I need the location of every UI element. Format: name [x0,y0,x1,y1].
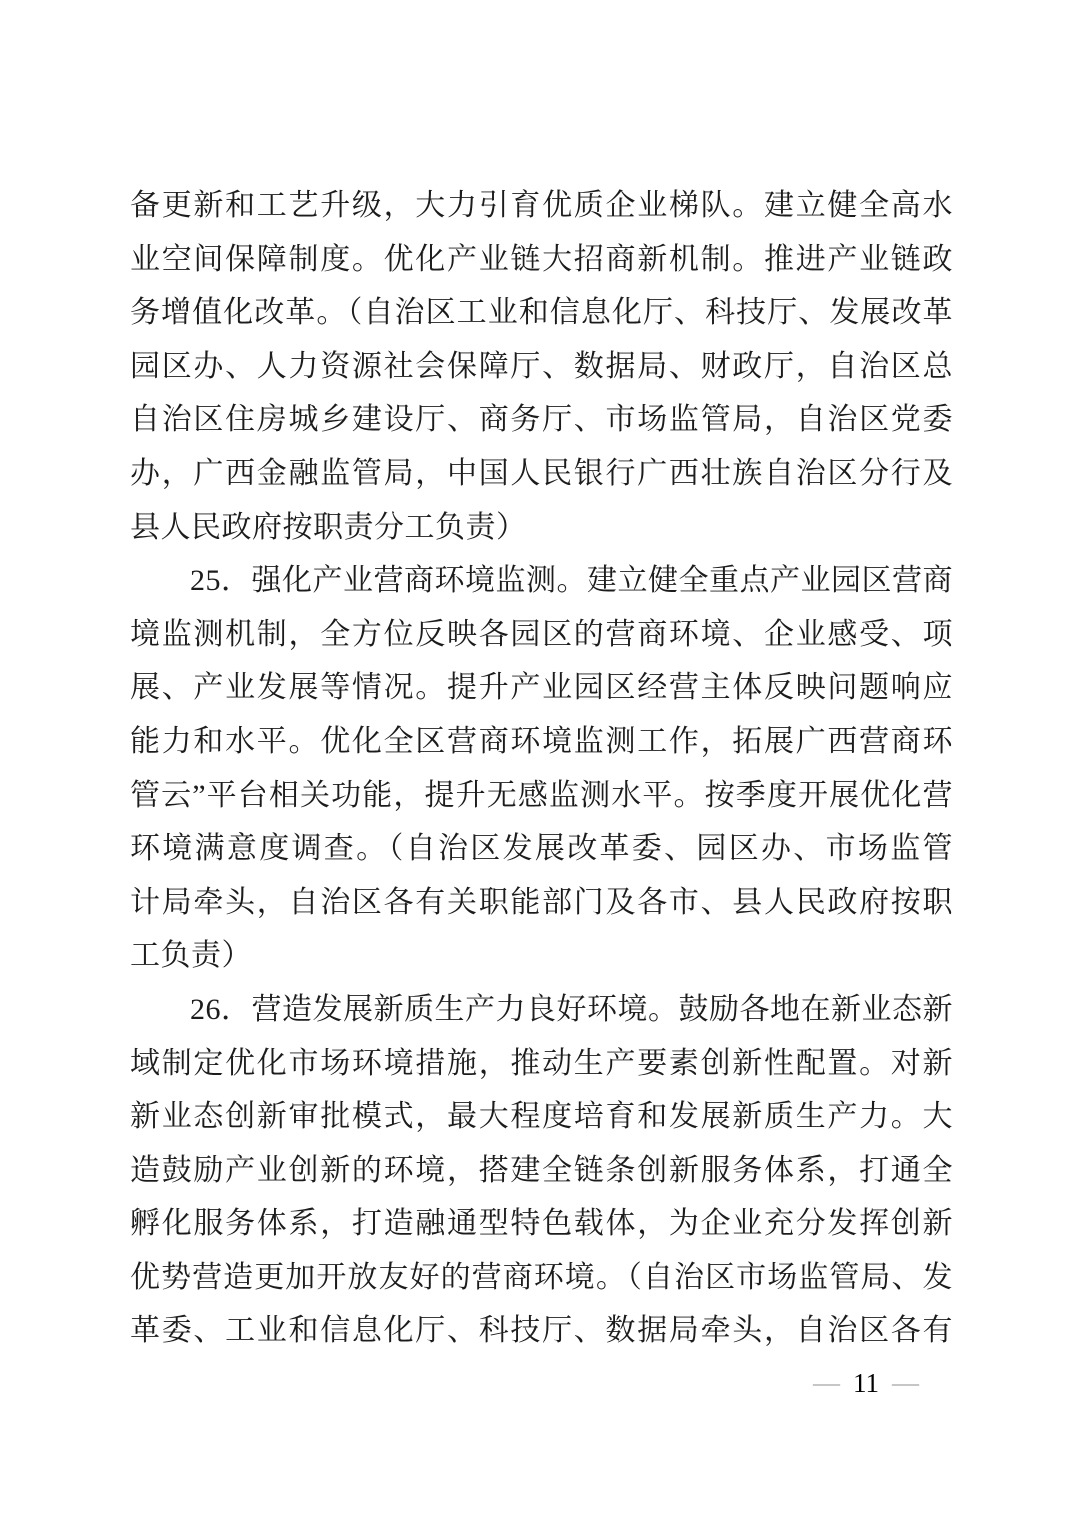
text-line: 革委、工业和信息化厅、科技厅、数据局牵头，自治区各有关职 [130,1304,953,1358]
document-body: 备更新和工艺升级，大力引育优质企业梯队。建立健全高水平产 业空间保障制度。优化产… [130,179,953,1358]
page-footer: — 11 — [813,1368,919,1398]
text-line: 务增值化改革。（自治区工业和信息化厅、科技厅、发展改革委、 [130,286,953,340]
text-line: 备更新和工艺升级，大力引育优质企业梯队。建立健全高水平产 [130,179,953,233]
text-line: 孵化服务体系，打造融通型特色载体，为企业充分发挥创新主体 [130,1197,953,1251]
text-line: 环境满意度调查。（自治区发展改革委、园区办、市场监管局、统 [130,822,953,876]
text-line: 管云”平台相关功能，提升无感监测水平。按季度开展优化营商 [130,769,953,823]
document-page: 备更新和工艺升级，大力引育优质企业梯队。建立健全高水平产 业空间保障制度。优化产… [0,0,1074,1520]
text-line: 境监测机制，全方位反映各园区的营商环境、企业感受、项目进 [130,608,953,662]
text-line: 造鼓励产业创新的环境，搭建全链条创新服务体系，打通全链条 [130,1144,953,1198]
footer-dash-right: — [892,1371,919,1395]
text-line-paragraph-end: 县人民政府按职责分工负责） [130,501,953,555]
text-line: 自治区住房城乡建设厅、商务厅、市场监管局，自治区党委金融 [130,393,953,447]
text-line: 能力和水平。优化全区营商环境监测工作，拓展广西营商环境“智 [130,715,953,769]
text-line: 办，广西金融监管局，中国人民银行广西壮族自治区分行及各市、 [130,447,953,501]
text-line-item-26-start: 26．营造发展新质生产力良好环境。鼓励各地在新业态新领 [130,983,953,1037]
text-line: 新业态创新审批模式，最大程度培育和发展新质生产力。大力营 [130,1090,953,1144]
footer-dash-left: — [813,1371,840,1395]
text-line: 园区办、人力资源社会保障厅、数据局、财政厅，自治区总工会， [130,340,953,394]
page-number: 11 [853,1368,879,1398]
text-line-paragraph-end: 工负责） [130,929,953,983]
text-line: 计局牵头，自治区各有关职能部门及各市、县人民政府按职责分 [130,876,953,930]
text-line: 域制定优化市场环境措施，推动生产要素创新性配置。对新产业 [130,1037,953,1091]
text-line-item-25-start: 25．强化产业营商环境监测。建立健全重点产业园区营商环 [130,554,953,608]
text-line: 优势营造更加开放友好的营商环境。（自治区市场监管局、发展改 [130,1251,953,1305]
text-line: 业空间保障制度。优化产业链大招商新机制。推进产业链政务服 [130,233,953,287]
text-line: 展、产业发展等情况。提升产业园区经营主体反映问题响应处置 [130,661,953,715]
